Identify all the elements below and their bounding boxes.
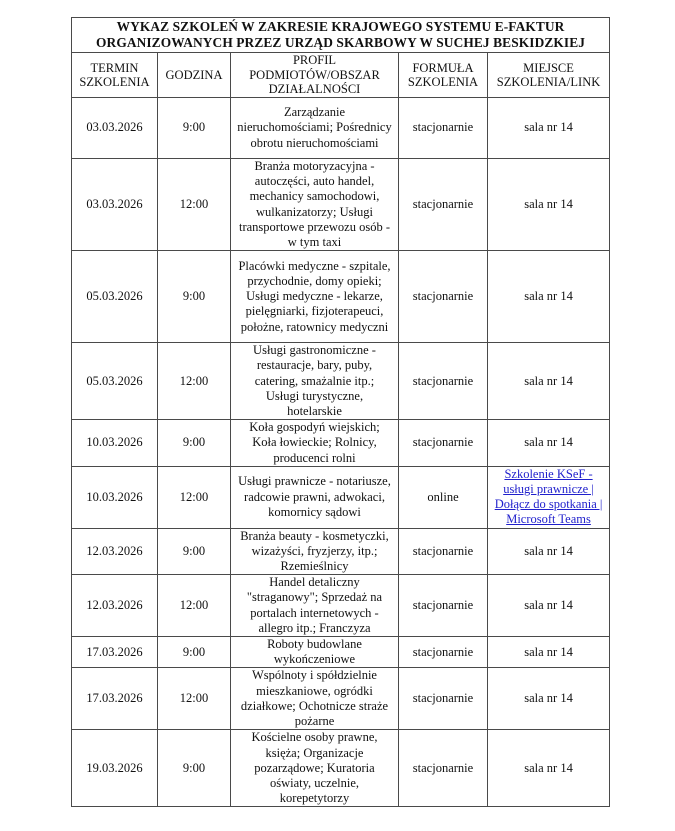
training-time: 9:00 bbox=[158, 528, 231, 575]
training-time: 12:00 bbox=[158, 668, 231, 730]
title-row: WYKAZ SZKOLEŃ W ZAKRESIE KRAJOWEGO SYSTE… bbox=[72, 18, 610, 53]
title-line-2: ORGANIZOWANYCH PRZEZ URZĄD SKARBOWY W SU… bbox=[96, 35, 585, 50]
header-text: MIEJSCE bbox=[523, 61, 574, 75]
header-text: PODMIOTÓW/OBSZAR bbox=[249, 68, 380, 82]
training-format: stacjonarnie bbox=[399, 98, 488, 159]
training-profile: Usługi gastronomiczne - restauracje, bar… bbox=[231, 343, 399, 420]
training-time: 9:00 bbox=[158, 637, 231, 668]
training-place: Szkolenie KSeF - usługi prawnicze | Dołą… bbox=[488, 466, 610, 528]
training-date: 12.03.2026 bbox=[72, 528, 158, 575]
training-format: stacjonarnie bbox=[399, 159, 488, 251]
training-place: sala nr 14 bbox=[488, 668, 610, 730]
training-format: stacjonarnie bbox=[399, 730, 488, 807]
training-place: sala nr 14 bbox=[488, 575, 610, 637]
training-schedule-table: WYKAZ SZKOLEŃ W ZAKRESIE KRAJOWEGO SYSTE… bbox=[71, 17, 610, 807]
table-row: 12.03.20269:00Branża beauty - kosmetyczk… bbox=[72, 528, 610, 575]
training-profile: Placówki medyczne - szpitale, przychodni… bbox=[231, 251, 399, 343]
teams-meeting-link[interactable]: Szkolenie KSeF - usługi prawnicze | Dołą… bbox=[495, 467, 603, 527]
training-date: 17.03.2026 bbox=[72, 637, 158, 668]
training-date: 05.03.2026 bbox=[72, 251, 158, 343]
training-format: stacjonarnie bbox=[399, 637, 488, 668]
training-format: stacjonarnie bbox=[399, 420, 488, 467]
header-text: SZKOLENIA/LINK bbox=[497, 75, 600, 89]
table-row: 10.03.20269:00Koła gospodyń wiejskich; K… bbox=[72, 420, 610, 467]
table-row: 19.03.20269:00Kościelne osoby prawne, ks… bbox=[72, 730, 610, 807]
column-header-format: FORMUŁA SZKOLENIA bbox=[399, 53, 488, 98]
column-header-time: GODZINA bbox=[158, 53, 231, 98]
header-text: GODZINA bbox=[166, 68, 223, 82]
training-time: 9:00 bbox=[158, 98, 231, 159]
column-header-profile: PROFIL PODMIOTÓW/OBSZAR DZIAŁALNOŚCI bbox=[231, 53, 399, 98]
training-date: 05.03.2026 bbox=[72, 343, 158, 420]
training-place: sala nr 14 bbox=[488, 343, 610, 420]
header-text: SZKOLENIA bbox=[408, 75, 478, 89]
training-profile: Branża motoryzacyjna - autoczęści, auto … bbox=[231, 159, 399, 251]
training-profile: Branża beauty - kosmetyczki, wizażyści, … bbox=[231, 528, 399, 575]
training-place: sala nr 14 bbox=[488, 730, 610, 807]
training-profile: Zarządzanie nieruchomościami; Pośrednicy… bbox=[231, 98, 399, 159]
table-row: 10.03.202612:00Usługi prawnicze - notari… bbox=[72, 466, 610, 528]
training-time: 9:00 bbox=[158, 420, 231, 467]
table-row: 05.03.20269:00Placówki medyczne - szpita… bbox=[72, 251, 610, 343]
header-text: PROFIL bbox=[293, 53, 336, 67]
training-format: stacjonarnie bbox=[399, 528, 488, 575]
header-text: DZIAŁALNOŚCI bbox=[269, 82, 361, 96]
training-time: 9:00 bbox=[158, 730, 231, 807]
training-place: sala nr 14 bbox=[488, 637, 610, 668]
training-place: sala nr 14 bbox=[488, 251, 610, 343]
document-title: WYKAZ SZKOLEŃ W ZAKRESIE KRAJOWEGO SYSTE… bbox=[72, 18, 610, 53]
header-text: TERMIN bbox=[91, 61, 139, 75]
training-place: sala nr 14 bbox=[488, 98, 610, 159]
training-date: 03.03.2026 bbox=[72, 98, 158, 159]
training-date: 10.03.2026 bbox=[72, 466, 158, 528]
training-format: online bbox=[399, 466, 488, 528]
schedule-body: 03.03.20269:00Zarządzanie nieruchomościa… bbox=[72, 98, 610, 807]
training-time: 9:00 bbox=[158, 251, 231, 343]
table-row: 03.03.202612:00Branża motoryzacyjna - au… bbox=[72, 159, 610, 251]
training-date: 03.03.2026 bbox=[72, 159, 158, 251]
training-time: 12:00 bbox=[158, 343, 231, 420]
training-time: 12:00 bbox=[158, 466, 231, 528]
header-text: FORMUŁA bbox=[412, 61, 473, 75]
training-date: 19.03.2026 bbox=[72, 730, 158, 807]
training-format: stacjonarnie bbox=[399, 668, 488, 730]
training-profile: Roboty budowlane wykończeniowe bbox=[231, 637, 399, 668]
training-date: 17.03.2026 bbox=[72, 668, 158, 730]
training-place: sala nr 14 bbox=[488, 420, 610, 467]
column-header-row: TERMIN SZKOLENIA GODZINA PROFIL PODMIOTÓ… bbox=[72, 53, 610, 98]
training-time: 12:00 bbox=[158, 575, 231, 637]
column-header-date: TERMIN SZKOLENIA bbox=[72, 53, 158, 98]
table-row: 12.03.202612:00Handel detaliczny "straga… bbox=[72, 575, 610, 637]
training-date: 12.03.2026 bbox=[72, 575, 158, 637]
training-profile: Kościelne osoby prawne, księża; Organiza… bbox=[231, 730, 399, 807]
training-format: stacjonarnie bbox=[399, 575, 488, 637]
training-place: sala nr 14 bbox=[488, 159, 610, 251]
table-row: 03.03.20269:00Zarządzanie nieruchomościa… bbox=[72, 98, 610, 159]
training-date: 10.03.2026 bbox=[72, 420, 158, 467]
training-place: sala nr 14 bbox=[488, 528, 610, 575]
column-header-place: MIEJSCE SZKOLENIA/LINK bbox=[488, 53, 610, 98]
table-row: 17.03.202612:00Wspólnoty i spółdzielnie … bbox=[72, 668, 610, 730]
table-row: 05.03.202612:00Usługi gastronomiczne - r… bbox=[72, 343, 610, 420]
training-profile: Wspólnoty i spółdzielnie mieszkaniowe, o… bbox=[231, 668, 399, 730]
training-time: 12:00 bbox=[158, 159, 231, 251]
title-line-1: WYKAZ SZKOLEŃ W ZAKRESIE KRAJOWEGO SYSTE… bbox=[117, 19, 565, 34]
training-profile: Usługi prawnicze - notariusze, radcowie … bbox=[231, 466, 399, 528]
training-format: stacjonarnie bbox=[399, 251, 488, 343]
training-profile: Handel detaliczny "straganowy"; Sprzedaż… bbox=[231, 575, 399, 637]
training-format: stacjonarnie bbox=[399, 343, 488, 420]
header-text: SZKOLENIA bbox=[79, 75, 149, 89]
training-profile: Koła gospodyń wiejskich; Koła łowieckie;… bbox=[231, 420, 399, 467]
table-row: 17.03.20269:00Roboty budowlane wykończen… bbox=[72, 637, 610, 668]
